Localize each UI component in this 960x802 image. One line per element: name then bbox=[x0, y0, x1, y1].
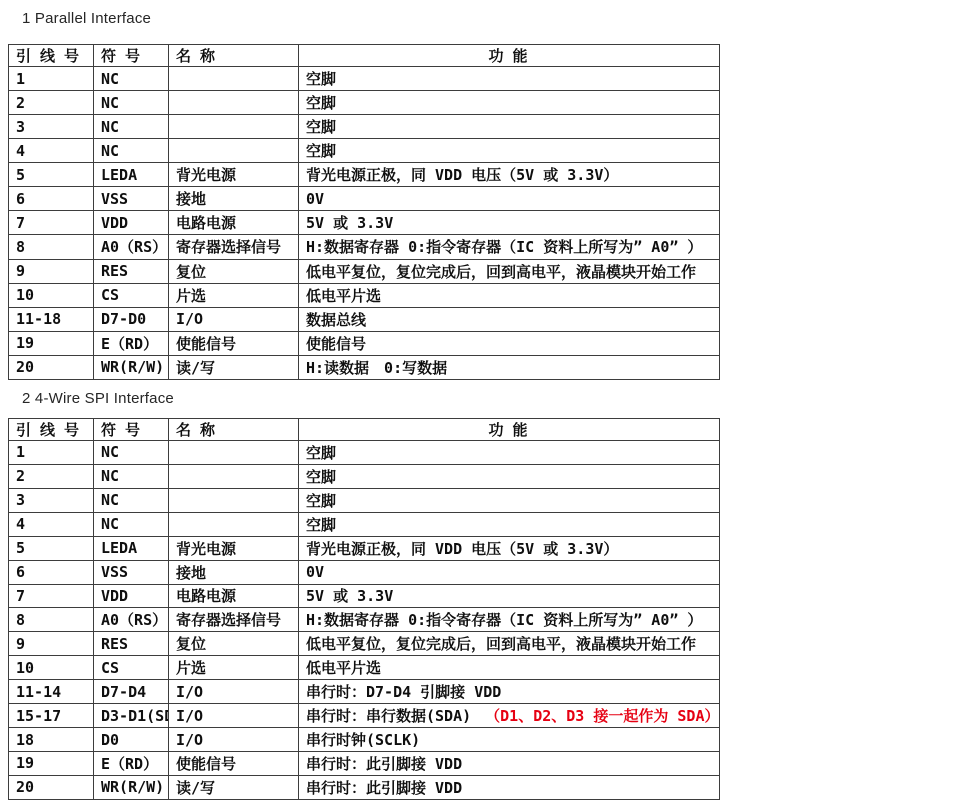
name-cell: 电路电源 bbox=[169, 584, 299, 608]
symbol-cell: WR(R/W) bbox=[94, 355, 169, 379]
symbol-cell: E（RD） bbox=[94, 751, 169, 775]
header-function: 功 能 bbox=[299, 45, 720, 67]
pin-cell: 7 bbox=[9, 211, 94, 235]
function-cell: 低电平复位，复位完成后，回到高电平，液晶模块开始工作 bbox=[299, 632, 720, 656]
table-row: 10CS片选低电平片选 bbox=[9, 656, 720, 680]
function-cell: 串行时：串行数据(SDA)（D1、D2、D3 接一起作为 SDA） bbox=[299, 704, 720, 728]
symbol-cell: LEDA bbox=[94, 163, 169, 187]
name-cell: 复位 bbox=[169, 632, 299, 656]
function-cell: 空脚 bbox=[299, 91, 720, 115]
section-title-spi-interface: 2 4-Wire SPI Interface bbox=[22, 390, 174, 408]
table-row: 2NC空脚 bbox=[9, 464, 720, 488]
symbol-cell: NC bbox=[94, 139, 169, 163]
pin-cell: 8 bbox=[9, 608, 94, 632]
pin-cell: 20 bbox=[9, 775, 94, 799]
function-cell: 空脚 bbox=[299, 464, 720, 488]
section-title-parallel-interface: 1 Parallel Interface bbox=[22, 10, 151, 28]
function-cell: 5V 或 3.3V bbox=[299, 584, 720, 608]
name-cell: 使能信号 bbox=[169, 751, 299, 775]
symbol-cell: CS bbox=[94, 283, 169, 307]
name-cell: 读/写 bbox=[169, 775, 299, 799]
name-cell bbox=[169, 488, 299, 512]
name-cell: 背光电源 bbox=[169, 163, 299, 187]
function-cell: 0V bbox=[299, 187, 720, 211]
name-cell bbox=[169, 67, 299, 91]
table-row: 8A0（RS）寄存器选择信号H:数据寄存器 0:指令寄存器（IC 资料上所写为”… bbox=[9, 235, 720, 259]
header-name: 名 称 bbox=[169, 419, 299, 441]
name-cell: 片选 bbox=[169, 283, 299, 307]
function-cell: 空脚 bbox=[299, 441, 720, 465]
table-body: 1NC空脚2NC空脚3NC空脚4NC空脚5LEDA背光电源背光电源正极，同 VD… bbox=[9, 441, 720, 800]
function-cell: 低电平片选 bbox=[299, 656, 720, 680]
symbol-cell: RES bbox=[94, 259, 169, 283]
pin-cell: 9 bbox=[9, 259, 94, 283]
table-row: 6VSS接地0V bbox=[9, 560, 720, 584]
function-cell: 使能信号 bbox=[299, 331, 720, 355]
spi-interface-table: 引 线 号符 号名 称功 能 1NC空脚2NC空脚3NC空脚4NC空脚5LEDA… bbox=[8, 418, 720, 800]
table-row: 7VDD电路电源5V 或 3.3V bbox=[9, 584, 720, 608]
table-row: 19E（RD）使能信号串行时：此引脚接 VDD bbox=[9, 751, 720, 775]
pin-cell: 1 bbox=[9, 67, 94, 91]
function-cell: 5V 或 3.3V bbox=[299, 211, 720, 235]
symbol-cell: D7-D4 bbox=[94, 680, 169, 704]
table-row: 4NC空脚 bbox=[9, 512, 720, 536]
table-row: 5LEDA背光电源背光电源正极，同 VDD 电压（5V 或 3.3V） bbox=[9, 163, 720, 187]
symbol-cell: CS bbox=[94, 656, 169, 680]
table-row: 4NC空脚 bbox=[9, 139, 720, 163]
table-row: 9RES复位低电平复位，复位完成后，回到高电平，液晶模块开始工作 bbox=[9, 259, 720, 283]
symbol-cell: LEDA bbox=[94, 536, 169, 560]
pin-cell: 10 bbox=[9, 656, 94, 680]
pin-cell: 11-18 bbox=[9, 307, 94, 331]
name-cell: 寄存器选择信号 bbox=[169, 235, 299, 259]
symbol-cell: D3-D1(SDA) bbox=[94, 704, 169, 728]
header-symbol: 符 号 bbox=[94, 419, 169, 441]
table-row: 20WR(R/W)读/写H:读数据 0:写数据 bbox=[9, 355, 720, 379]
header-symbol: 符 号 bbox=[94, 45, 169, 67]
symbol-cell: NC bbox=[94, 67, 169, 91]
header-pin-number: 引 线 号 bbox=[9, 45, 94, 67]
table-row: 11-18D7-D0I/O数据总线 bbox=[9, 307, 720, 331]
function-cell: H:数据寄存器 0:指令寄存器（IC 资料上所写为” A0” ） bbox=[299, 608, 720, 632]
function-cell: 背光电源正极，同 VDD 电压（5V 或 3.3V） bbox=[299, 536, 720, 560]
name-cell: I/O bbox=[169, 728, 299, 752]
function-cell: 数据总线 bbox=[299, 307, 720, 331]
symbol-cell: A0（RS） bbox=[94, 235, 169, 259]
function-cell: 串行时钟(SCLK) bbox=[299, 728, 720, 752]
name-cell bbox=[169, 115, 299, 139]
symbol-cell: NC bbox=[94, 91, 169, 115]
symbol-cell: NC bbox=[94, 464, 169, 488]
function-cell: 空脚 bbox=[299, 67, 720, 91]
pin-cell: 19 bbox=[9, 331, 94, 355]
pin-cell: 5 bbox=[9, 163, 94, 187]
name-cell bbox=[169, 464, 299, 488]
name-cell: 寄存器选择信号 bbox=[169, 608, 299, 632]
name-cell: 片选 bbox=[169, 656, 299, 680]
pin-cell: 8 bbox=[9, 235, 94, 259]
function-cell: 背光电源正极，同 VDD 电压（5V 或 3.3V） bbox=[299, 163, 720, 187]
function-cell: 空脚 bbox=[299, 115, 720, 139]
function-cell: 低电平片选 bbox=[299, 283, 720, 307]
name-cell: 电路电源 bbox=[169, 211, 299, 235]
table-row: 6VSS接地0V bbox=[9, 187, 720, 211]
name-cell bbox=[169, 91, 299, 115]
table-row: 18D0I/O串行时钟(SCLK) bbox=[9, 728, 720, 752]
table-header: 引 线 号符 号名 称功 能 bbox=[9, 419, 720, 441]
function-cell: 0V bbox=[299, 560, 720, 584]
function-cell: 空脚 bbox=[299, 488, 720, 512]
name-cell bbox=[169, 441, 299, 465]
pin-cell: 9 bbox=[9, 632, 94, 656]
table-row: 7VDD电路电源5V 或 3.3V bbox=[9, 211, 720, 235]
table-row: 15-17D3-D1(SDA)I/O串行时：串行数据(SDA)（D1、D2、D3… bbox=[9, 704, 720, 728]
pin-cell: 3 bbox=[9, 115, 94, 139]
pin-cell: 4 bbox=[9, 512, 94, 536]
symbol-cell: NC bbox=[94, 441, 169, 465]
name-cell: I/O bbox=[169, 680, 299, 704]
symbol-cell: RES bbox=[94, 632, 169, 656]
table-row: 8A0（RS）寄存器选择信号H:数据寄存器 0:指令寄存器（IC 资料上所写为”… bbox=[9, 608, 720, 632]
name-cell: 读/写 bbox=[169, 355, 299, 379]
function-cell: 空脚 bbox=[299, 512, 720, 536]
name-cell: I/O bbox=[169, 307, 299, 331]
symbol-cell: E（RD） bbox=[94, 331, 169, 355]
symbol-cell: VSS bbox=[94, 187, 169, 211]
pin-cell: 20 bbox=[9, 355, 94, 379]
table-row: 2NC空脚 bbox=[9, 91, 720, 115]
function-cell: 空脚 bbox=[299, 139, 720, 163]
function-cell: H:读数据 0:写数据 bbox=[299, 355, 720, 379]
symbol-cell: VSS bbox=[94, 560, 169, 584]
name-cell: 接地 bbox=[169, 187, 299, 211]
pin-cell: 6 bbox=[9, 187, 94, 211]
symbol-cell: D7-D0 bbox=[94, 307, 169, 331]
symbol-cell: NC bbox=[94, 512, 169, 536]
pin-cell: 15-17 bbox=[9, 704, 94, 728]
parallel-interface-table: 引 线 号符 号名 称功 能 1NC空脚2NC空脚3NC空脚4NC空脚5LEDA… bbox=[8, 44, 720, 380]
header-row: 引 线 号符 号名 称功 能 bbox=[9, 45, 720, 67]
table-row: 10CS片选低电平片选 bbox=[9, 283, 720, 307]
symbol-cell: A0（RS） bbox=[94, 608, 169, 632]
table-row: 19E（RD）使能信号使能信号 bbox=[9, 331, 720, 355]
header-row: 引 线 号符 号名 称功 能 bbox=[9, 419, 720, 441]
name-cell bbox=[169, 512, 299, 536]
table-row: 3NC空脚 bbox=[9, 488, 720, 512]
table-header: 引 线 号符 号名 称功 能 bbox=[9, 45, 720, 67]
header-name: 名 称 bbox=[169, 45, 299, 67]
name-cell: 使能信号 bbox=[169, 331, 299, 355]
symbol-cell: NC bbox=[94, 488, 169, 512]
function-cell: 串行时：D7-D4 引脚接 VDD bbox=[299, 680, 720, 704]
pin-cell: 7 bbox=[9, 584, 94, 608]
function-cell: H:数据寄存器 0:指令寄存器（IC 资料上所写为” A0” ） bbox=[299, 235, 720, 259]
pin-cell: 1 bbox=[9, 441, 94, 465]
function-cell: 串行时：此引脚接 VDD bbox=[299, 775, 720, 799]
table-row: 9RES复位低电平复位，复位完成后，回到高电平，液晶模块开始工作 bbox=[9, 632, 720, 656]
pin-cell: 2 bbox=[9, 464, 94, 488]
table-row: 5LEDA背光电源背光电源正极，同 VDD 电压（5V 或 3.3V） bbox=[9, 536, 720, 560]
symbol-cell: VDD bbox=[94, 211, 169, 235]
function-cell: 低电平复位，复位完成后，回到高电平，液晶模块开始工作 bbox=[299, 259, 720, 283]
pin-cell: 5 bbox=[9, 536, 94, 560]
symbol-cell: WR(R/W) bbox=[94, 775, 169, 799]
pin-cell: 18 bbox=[9, 728, 94, 752]
symbol-cell: NC bbox=[94, 115, 169, 139]
pin-cell: 3 bbox=[9, 488, 94, 512]
pin-cell: 6 bbox=[9, 560, 94, 584]
name-cell: 背光电源 bbox=[169, 536, 299, 560]
name-cell bbox=[169, 139, 299, 163]
table-row: 20WR(R/W)读/写串行时：此引脚接 VDD bbox=[9, 775, 720, 799]
name-cell: 接地 bbox=[169, 560, 299, 584]
table-row: 11-14D7-D4I/O串行时：D7-D4 引脚接 VDD bbox=[9, 680, 720, 704]
pin-cell: 11-14 bbox=[9, 680, 94, 704]
name-cell: 复位 bbox=[169, 259, 299, 283]
pin-cell: 4 bbox=[9, 139, 94, 163]
function-cell: 串行时：此引脚接 VDD bbox=[299, 751, 720, 775]
header-pin-number: 引 线 号 bbox=[9, 419, 94, 441]
table-row: 1NC空脚 bbox=[9, 441, 720, 465]
table-row: 3NC空脚 bbox=[9, 115, 720, 139]
pin-cell: 10 bbox=[9, 283, 94, 307]
pin-cell: 2 bbox=[9, 91, 94, 115]
table-body: 1NC空脚2NC空脚3NC空脚4NC空脚5LEDA背光电源背光电源正极，同 VD… bbox=[9, 67, 720, 380]
table-row: 1NC空脚 bbox=[9, 67, 720, 91]
pin-cell: 19 bbox=[9, 751, 94, 775]
name-cell: I/O bbox=[169, 704, 299, 728]
symbol-cell: VDD bbox=[94, 584, 169, 608]
symbol-cell: D0 bbox=[94, 728, 169, 752]
header-function: 功 能 bbox=[299, 419, 720, 441]
function-note-red: （D1、D2、D3 接一起作为 SDA） bbox=[471, 707, 719, 725]
